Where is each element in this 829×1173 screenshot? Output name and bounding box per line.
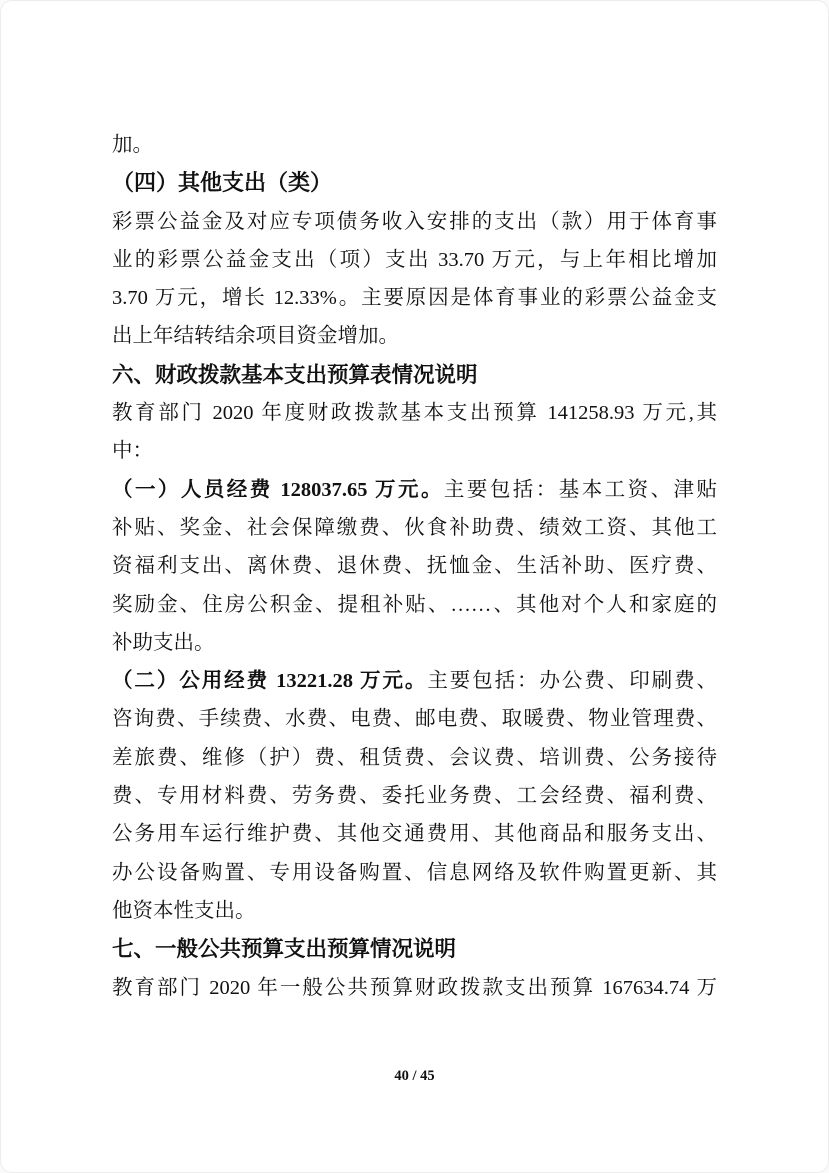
- text-line: 彩票公益金及对应专项债务收入安排的支出（款）用于体育事: [112, 203, 717, 241]
- text-line: 中：: [112, 432, 717, 470]
- document-page: 加。 （四）其他支出（类） 彩票公益金及对应专项债务收入安排的支出（款）用于体育…: [0, 0, 829, 1173]
- document-body: 加。 （四）其他支出（类） 彩票公益金及对应专项债务收入安排的支出（款）用于体育…: [112, 126, 717, 1007]
- section-heading: （四）其他支出（类）: [112, 164, 717, 202]
- text-run: 主要包括：基本工资、津贴: [444, 479, 717, 501]
- section-heading: 六、财政拨款基本支出预算表情况说明: [112, 356, 717, 394]
- bold-run: （二）公用经费 13221.28 万元。: [112, 670, 427, 692]
- text-line: 他资本性支出。: [112, 892, 717, 930]
- text-line: 业的彩票公益金支出（项）支出 33.70 万元，与上年相比增加: [112, 241, 717, 279]
- text-line: 补贴、奖金、社会保障缴费、伙食补助费、绩效工资、其他工: [112, 509, 717, 547]
- text-run: 主要包括：办公费、印刷费、: [427, 670, 717, 692]
- bold-run: （一）人员经费 128037.65 万元。: [112, 479, 444, 501]
- text-line: 费、专用材料费、劳务费、委托业务费、工会经费、福利费、: [112, 777, 717, 815]
- text-line: 3.70 万元，增长 12.33%。主要原因是体育事业的彩票公益金支: [112, 279, 717, 317]
- text-line: 差旅费、维修（护）费、租赁费、会议费、培训费、公务接待: [112, 739, 717, 777]
- text-line: 加。: [112, 126, 717, 164]
- page-number: 40 / 45: [0, 1068, 829, 1085]
- text-line: 教育部门 2020 年度财政拨款基本支出预算 141258.93 万元,其: [112, 394, 717, 432]
- text-line: 办公设备购置、专用设备购置、信息网络及软件购置更新、其: [112, 854, 717, 892]
- text-line: 咨询费、手续费、水费、电费、邮电费、取暖费、物业管理费、: [112, 700, 717, 738]
- text-line: （一）人员经费 128037.65 万元。主要包括：基本工资、津贴: [112, 471, 717, 509]
- text-line: 奖励金、住房公积金、提租补贴、……、其他对个人和家庭的: [112, 586, 717, 624]
- text-line: 资福利支出、离休费、退休费、抚恤金、生活补助、医疗费、: [112, 547, 717, 585]
- section-heading: 七、一般公共预算支出预算情况说明: [112, 930, 717, 968]
- text-line: 出上年结转结余项目资金增加。: [112, 317, 717, 355]
- text-line: 教育部门 2020 年一般公共预算财政拨款支出预算 167634.74 万: [112, 969, 717, 1007]
- text-line: 公务用车运行维护费、其他交通费用、其他商品和服务支出、: [112, 815, 717, 853]
- text-line: 补助支出。: [112, 624, 717, 662]
- text-line: （二）公用经费 13221.28 万元。主要包括：办公费、印刷费、: [112, 662, 717, 700]
